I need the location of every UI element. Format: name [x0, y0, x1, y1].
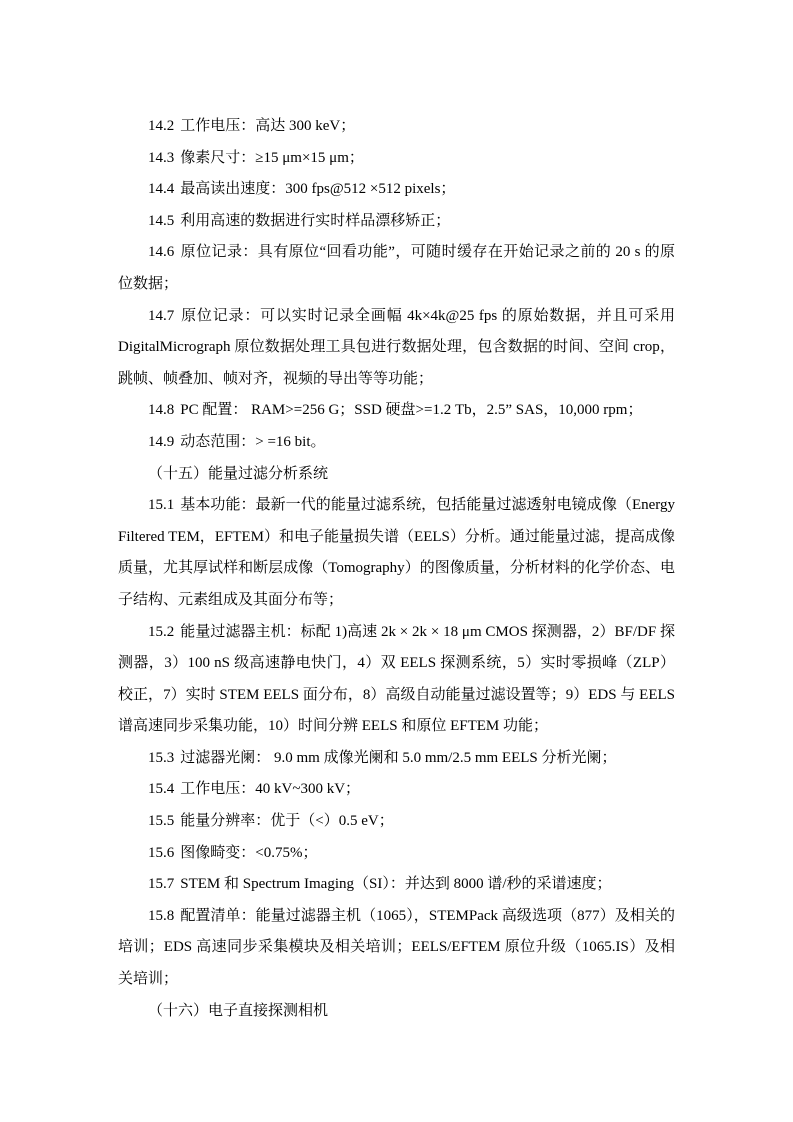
item-number: 14.2	[148, 118, 174, 134]
item-number: 14.5	[148, 213, 174, 229]
paragraph-14-7: 14.7原位记录：可以实时记录全画幅 4k×4k@25 fps 的原始数据，并且…	[118, 301, 675, 396]
paragraph-14-3: 14.3像素尺寸：≥15 μm×15 μm；	[118, 143, 675, 175]
item-number: 15.6	[148, 845, 174, 861]
paragraph-15-8: 15.8配置清单：能量过滤器主机（1065），STEMPack 高级选项（877…	[118, 901, 675, 996]
item-number: 15.3	[148, 750, 174, 766]
item-text: 能量过滤器主机：标配 1)高速 2k × 2k × 18 μm CMOS 探测器…	[118, 624, 675, 735]
item-number: 15.1	[148, 497, 174, 513]
paragraph-15-7: 15.7STEM 和 Spectrum Imaging（SI）：并达到 8000…	[118, 869, 675, 901]
paragraph-14-8: 14.8PC 配置： RAM>=256 G；SSD 硬盘>=1.2 Tb，2.5…	[118, 395, 675, 427]
item-number: 14.8	[148, 402, 174, 418]
paragraph-15-1: 15.1基本功能：最新一代的能量过滤系统，包括能量过滤透射电镜成像（Energy…	[118, 490, 675, 616]
item-number: 15.2	[148, 624, 174, 640]
paragraph-15-4: 15.4工作电压：40 kV~300 kV；	[118, 774, 675, 806]
item-number: 14.6	[148, 244, 174, 260]
item-text: 工作电压：高达 300 keV；	[180, 118, 355, 134]
paragraph-14-9: 14.9动态范围：> =16 bit。	[118, 427, 675, 459]
item-text: 图像畸变：<0.75%；	[180, 845, 317, 861]
item-number: 14.7	[148, 308, 174, 324]
item-text: 工作电压：40 kV~300 kV；	[180, 781, 360, 797]
section-heading-15: （十五）能量过滤分析系统	[118, 459, 675, 491]
paragraph-15-2: 15.2能量过滤器主机：标配 1)高速 2k × 2k × 18 μm CMOS…	[118, 617, 675, 743]
paragraph-14-2: 14.2工作电压：高达 300 keV；	[118, 111, 675, 143]
item-number: 15.8	[148, 908, 174, 924]
item-text: STEM 和 Spectrum Imaging（SI）：并达到 8000 谱/秒…	[180, 876, 611, 892]
item-text: 配置清单：能量过滤器主机（1065），STEMPack 高级选项（877）及相关…	[118, 908, 675, 987]
paragraph-14-6: 14.6原位记录：具有原位“回看功能”，可随时缓存在开始记录之前的 20 s 的…	[118, 237, 675, 300]
item-number: 15.5	[148, 813, 174, 829]
item-number: 15.7	[148, 876, 174, 892]
paragraph-15-6: 15.6图像畸变：<0.75%；	[118, 838, 675, 870]
document-page: 14.2工作电压：高达 300 keV； 14.3像素尺寸：≥15 μm×15 …	[118, 111, 675, 1027]
item-text: 能量分辨率：优于（<）0.5 eV；	[180, 813, 393, 829]
item-text: 利用高速的数据进行实时样品漂移矫正；	[180, 213, 450, 229]
item-number: 14.3	[148, 150, 174, 166]
item-number: 14.4	[148, 181, 174, 197]
paragraph-14-4: 14.4最高读出速度：300 fps@512 ×512 pixels；	[118, 174, 675, 206]
item-text: 基本功能：最新一代的能量过滤系统，包括能量过滤透射电镜成像（Energy Fil…	[118, 497, 675, 608]
section-heading-16: （十六）电子直接探测相机	[118, 996, 675, 1028]
item-text: 原位记录：具有原位“回看功能”，可随时缓存在开始记录之前的 20 s 的原位数据…	[118, 244, 675, 292]
item-text: 动态范围：> =16 bit。	[180, 434, 325, 450]
paragraph-15-3: 15.3过滤器光阑： 9.0 mm 成像光阑和 5.0 mm/2.5 mm EE…	[118, 743, 675, 775]
paragraph-14-5: 14.5利用高速的数据进行实时样品漂移矫正；	[118, 206, 675, 238]
item-text: 原位记录：可以实时记录全画幅 4k×4k@25 fps 的原始数据，并且可采用 …	[118, 308, 675, 387]
paragraph-15-5: 15.5能量分辨率：优于（<）0.5 eV；	[118, 806, 675, 838]
item-text: 像素尺寸：≥15 μm×15 μm；	[180, 150, 364, 166]
item-text: 过滤器光阑： 9.0 mm 成像光阑和 5.0 mm/2.5 mm EELS 分…	[180, 750, 616, 766]
item-text: PC 配置： RAM>=256 G；SSD 硬盘>=1.2 Tb，2.5” SA…	[180, 402, 642, 418]
item-text: 最高读出速度：300 fps@512 ×512 pixels；	[180, 181, 455, 197]
item-number: 15.4	[148, 781, 174, 797]
item-number: 14.9	[148, 434, 174, 450]
